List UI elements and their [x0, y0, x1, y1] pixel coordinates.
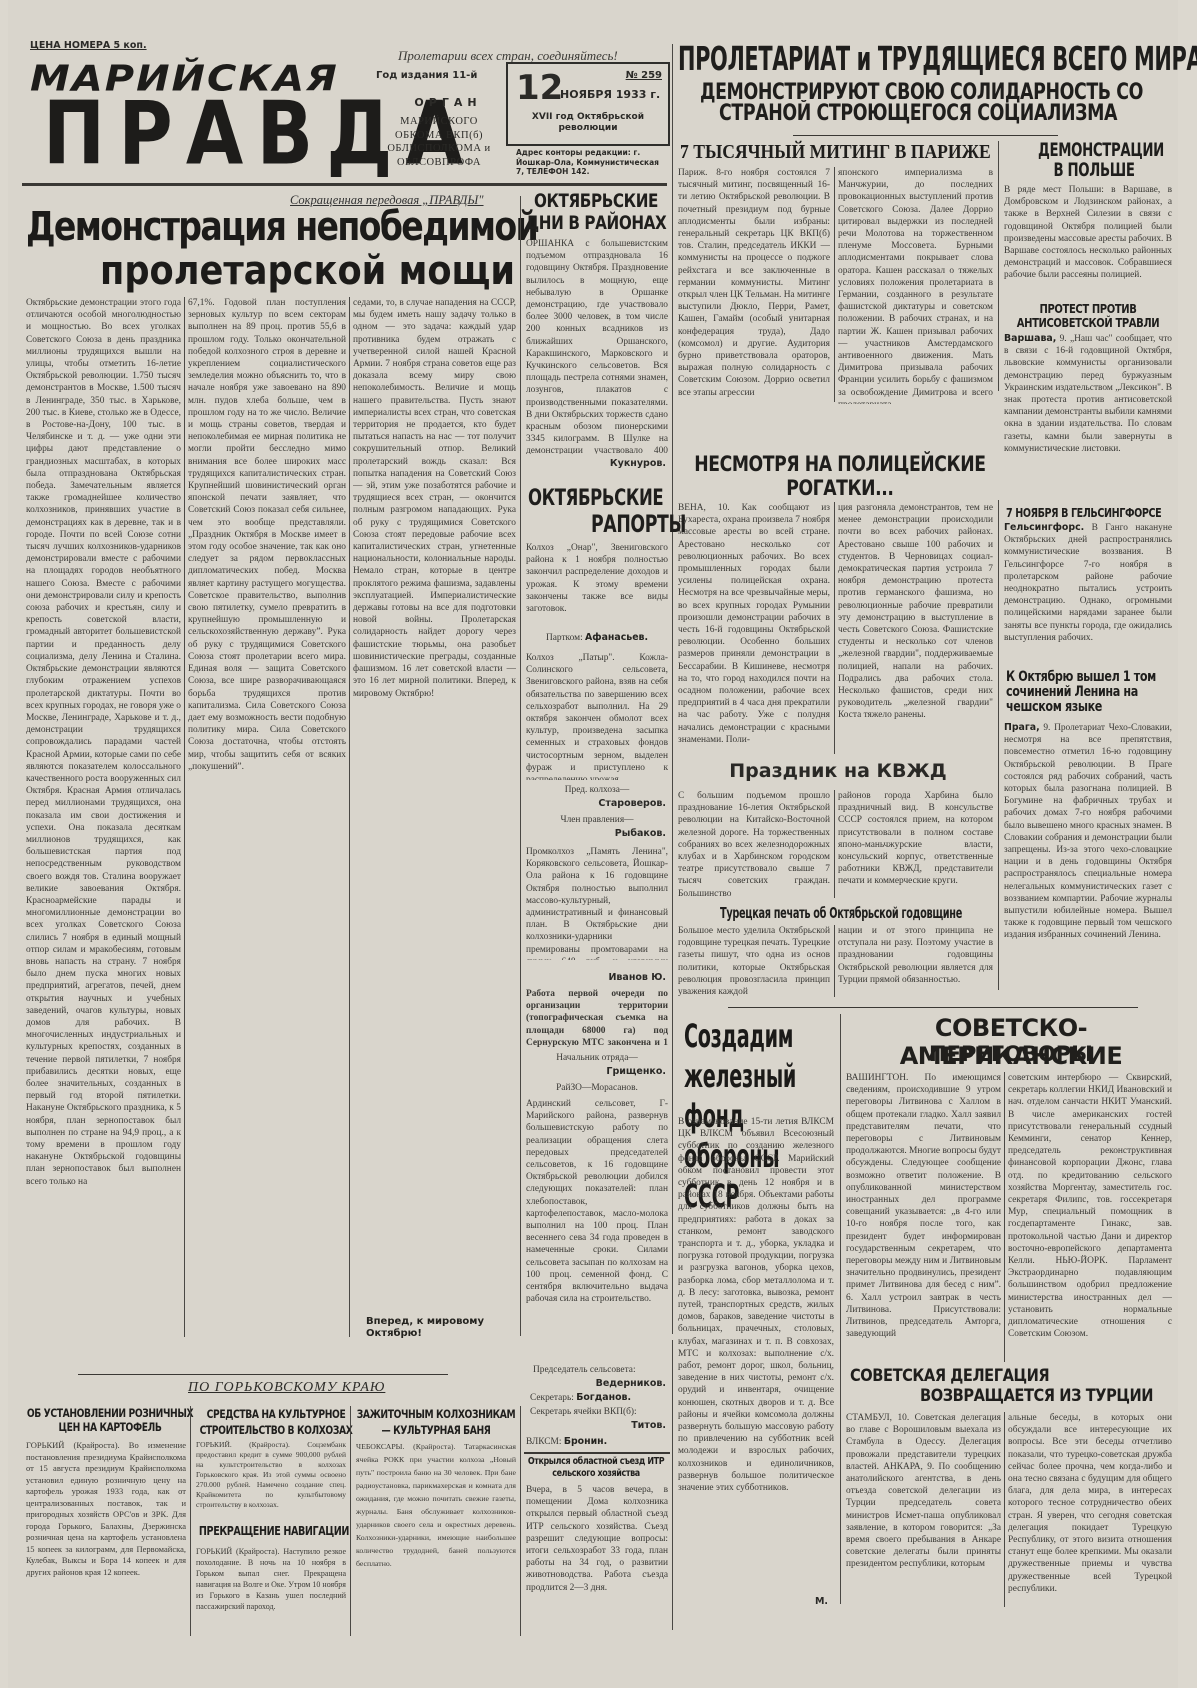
publication-year: Год издания 11-й — [376, 70, 477, 81]
police-col1: ВЕНА, 10. Как сообщают из Бухареста, охр… — [678, 502, 830, 756]
navigation-body: ГОРЬКИЙ (Крайроста). Наступило резкое по… — [196, 1546, 346, 1636]
report-item-4-sig-label: Начальник отряда— — [526, 1052, 668, 1064]
police-headline-line1: НЕСМОТРЯ НА ПОЛИЦЕЙСКИЕ — [680, 452, 1000, 476]
section-rule — [728, 1007, 1138, 1008]
sig-cell-label: Секретарь ячейки ВКП(б): — [530, 1406, 670, 1418]
revolution-year: XVII год Октябрьской революции — [518, 112, 658, 134]
paris-col1: Париж. 8-го ноября состоялся 7 тысячный … — [678, 167, 830, 404]
poland-sub-body: Варшава, 9. „Наш час" сообщает, что в св… — [1004, 333, 1172, 493]
lenin-czech-lead: Прага, — [1004, 722, 1040, 733]
potato-headline: ОБ УСТАНОВЛЕНИИ РОЗНИЧНЫХ ЦЕН НА КАРТОФЕ… — [26, 1406, 194, 1434]
lenin-czech-text: 9. Пролетариат Чехо-Словакии, несмотря н… — [1004, 723, 1172, 940]
banner-rule — [793, 135, 1058, 136]
potato-body: ГОРЬКИЙ (Крайроста). Во изменение постан… — [26, 1440, 186, 1640]
editorial-signoff: Вперед, к мировому Октябрю! — [366, 1316, 516, 1340]
helsinki-text: В Ганго накануне Октябрьских дней распро… — [1004, 523, 1172, 643]
lenin-czech-headline: К Октябрю вышел 1 том сочинений Ленина н… — [1006, 670, 1170, 715]
banner-left-rule — [672, 44, 673, 1334]
report-item-2: Колхоз „Патыр". Кожла-Солинского сельсов… — [526, 652, 668, 780]
report-item-4: Работа первой очереди по организации тер… — [526, 988, 668, 1050]
sig-chair-label: Председатель сельсовета: — [533, 1364, 668, 1376]
navigation-headline: ПРЕКРАЩЕНИЕ НАВИГАЦИИ — [194, 1524, 354, 1538]
report-item-1: Колхоз „Онар", Звениговского района к 1 … — [526, 542, 668, 628]
delegation-headline-line2: ВОЗВРАЩАЕТСЯ ИЗ ТУРЦИИ — [920, 1386, 1153, 1406]
culture-funds-headline: СРЕДСТВА НА КУЛЬТУРНОЕ СТРОИТЕЛЬСТВО В К… — [194, 1406, 358, 1438]
masthead-rule — [22, 183, 667, 186]
report-item-4-sig2: РайЗО—Морасанов. — [526, 1082, 668, 1094]
police-col2: ция разгоняла демонстрантов, тем не мене… — [838, 502, 993, 756]
organ-of: МАРИЙСКОГО ОБКОМА ВКП(б) ОБЛИСПОЛКОМА и … — [380, 115, 498, 169]
kvzhd-col1: С большим подъемом прошло празднование 1… — [678, 790, 830, 900]
defense-fund-body: В ознаменование 15-ти летия ВЛКСМ ЦК ВЛК… — [678, 1116, 834, 1594]
delegation-col2: альные беседы, в которых они обсуждали в… — [1008, 1412, 1172, 1612]
paris-headline: 7 ТЫСЯЧНЫЙ МИТИНГ В ПАРИЖЕ — [680, 141, 991, 164]
police-headline-line2: РОГАТКИ... — [680, 476, 1000, 500]
main-banner-line3: СТРАНОЙ СТРОЮЩЕГОСЯ СОЦИАЛИЗМА — [719, 101, 1117, 126]
us-talks-col1: ВАШИНГТОН. По имеющимся сведениям, проис… — [846, 1072, 1001, 1362]
helsinki-headline: 7 НОЯБРЯ В ГЕЛЬСИНГФОРСЕ — [1006, 506, 1161, 520]
turkish-press-headline: Турецкая печать об Октябрьской годовщине — [720, 904, 962, 922]
newspaper-page: ЦЕНА НОМЕРА 5 коп. Пролетарии всех стран… — [8, 0, 1178, 1688]
report-item-3-sig: Иванов Ю. — [526, 972, 666, 983]
price-label: ЦЕНА НОМЕРА 5 коп. — [30, 40, 147, 51]
itr-congress-headline: Открылся областной съезд ИТР сельского х… — [524, 1456, 668, 1480]
issue-month-year: НОЯБРЯ 1933 г. — [560, 88, 660, 101]
report-item-4-sig: Грищенко. — [526, 1066, 666, 1077]
sig-vlksm: ВЛКСМ: Бронин. — [526, 1436, 666, 1448]
report-item-1-sig: Партком: Афанасьев. — [526, 632, 668, 644]
report-item-5: Ардинский сельсовет, Г-Марийского района… — [526, 1098, 668, 1334]
us-talks-col2: советским интербюро — Сквирский, секрета… — [1008, 1072, 1172, 1362]
october-reports-headline-line2: РАПОРТЫ — [591, 510, 686, 538]
us-talks-headline-line2: ПЕРЕГОВОРЫ — [846, 1042, 1176, 1066]
report-item-2-sig2-label: Член правления— — [526, 814, 668, 826]
editorial-headline-line2: пролетарской мощи — [100, 248, 515, 294]
october-reports-headline-line1: ОКТЯБРЬСКИЕ — [528, 486, 663, 511]
editorial-col2: 67,1%. Годовой план поступления зерновых… — [188, 297, 346, 1337]
editorial-col3: седами, то, в случае нападения на СССР, … — [353, 297, 516, 1312]
report-item-2-sig2: Рыбаков. — [526, 828, 666, 839]
editorial-headline-line1: Демонстрация непобедимой — [26, 204, 537, 250]
poland-headline: ДЕМОНСТРАЦИИ В ПОЛЬШЕ — [1038, 140, 1150, 180]
poland-sub-headline: ПРОТЕСТ ПРОТИВ АНТИСОВЕТСКОЙ ТРАВЛИ — [1004, 302, 1172, 330]
culture-funds-body: ГОРЬКИЙ. (Крайроста). Соцзембанк предост… — [196, 1440, 346, 1520]
delegation-headline-line1: СОВЕТСКАЯ ДЕЛЕГАЦИЯ — [850, 1366, 1049, 1386]
issue-number: № 259 — [626, 70, 662, 81]
turkish-press-col1: Большое место уделила Октябрьской годовщ… — [678, 925, 830, 999]
sig-chair: Ведерников. — [526, 1378, 666, 1389]
organ-label: ОРГАН — [388, 96, 508, 109]
kvzhd-col2: районов города Харбина было праздничный … — [838, 790, 993, 900]
defense-fund-signature: М. — [678, 1596, 828, 1607]
lenin-czech-body: Прага, 9. Пролетариат Чехо-Словакии, нес… — [1004, 722, 1172, 987]
sig-cell: Титов. — [526, 1420, 666, 1431]
poland-body: В ряде мест Польши: в Варшаве, в Домбров… — [1004, 184, 1172, 294]
poland-sub-lead: Варшава, — [1004, 333, 1056, 344]
october-days-headline: ОКТЯБРЬСКИЕ ДНИ В РАЙОНАХ — [524, 190, 668, 234]
paris-col2: японского империализма в Манчжурии, до п… — [838, 167, 993, 404]
helsinki-body: Гельсингфорс. В Ганго накануне Октябрьск… — [1004, 522, 1172, 665]
turkish-press-col2: нации и от этого принципа не отступала н… — [838, 925, 993, 999]
delegation-col1: СТАМБУЛ, 10. Советская делегация во глав… — [846, 1412, 1001, 1612]
bath-body: ЧЕБОКСАРЫ. (Крайроста). Татаркасинская я… — [356, 1440, 516, 1630]
editorial-col1: Октябрьские демонстрации этого года отли… — [26, 297, 181, 1337]
itr-congress-body: Вчера, в 5 часов вечера, в помещении Дом… — [526, 1484, 668, 1624]
sig-secretary: Секретарь: Богданов. — [530, 1392, 670, 1404]
report-item-2-sig1: Староверов. — [526, 798, 666, 809]
helsinki-lead: Гельсингфорс. — [1004, 522, 1084, 533]
gorky-section-title: ПО ГОРЬКОВСКОМУ КРАЮ — [188, 1380, 385, 1396]
bath-headline: ЗАЖИТОЧНЫМ КОЛХОЗНИКАМ — КУЛЬТУРНАЯ БАНЯ — [354, 1406, 518, 1438]
date-box: 12 № 259 НОЯБРЯ 1933 г. XVII год Октябрь… — [506, 62, 670, 146]
october-days-body: ОРШАНКА с большевистским подъемом отпраз… — [526, 238, 668, 454]
editorial-address: Адрес конторы редакции: г. Йошкар-Ола, К… — [516, 148, 666, 177]
issue-day: 12 — [516, 68, 563, 108]
october-days-signature: Кукнуров. — [526, 458, 666, 469]
main-banner-line1: ПРОЛЕТАРИАТ и ТРУДЯЩИЕСЯ ВСЕГО МИРА — [678, 40, 1197, 78]
report-item-3: Промколхоз „Память Ленина", Коряковского… — [526, 846, 668, 960]
kvzhd-headline: Праздник на КВЖД — [678, 760, 998, 782]
poland-sub-text: 9. „Наш час" сообщает, что в связи с 16-… — [1004, 334, 1172, 454]
report-item-2-sig1-label: Пред. колхоза— — [526, 784, 668, 796]
